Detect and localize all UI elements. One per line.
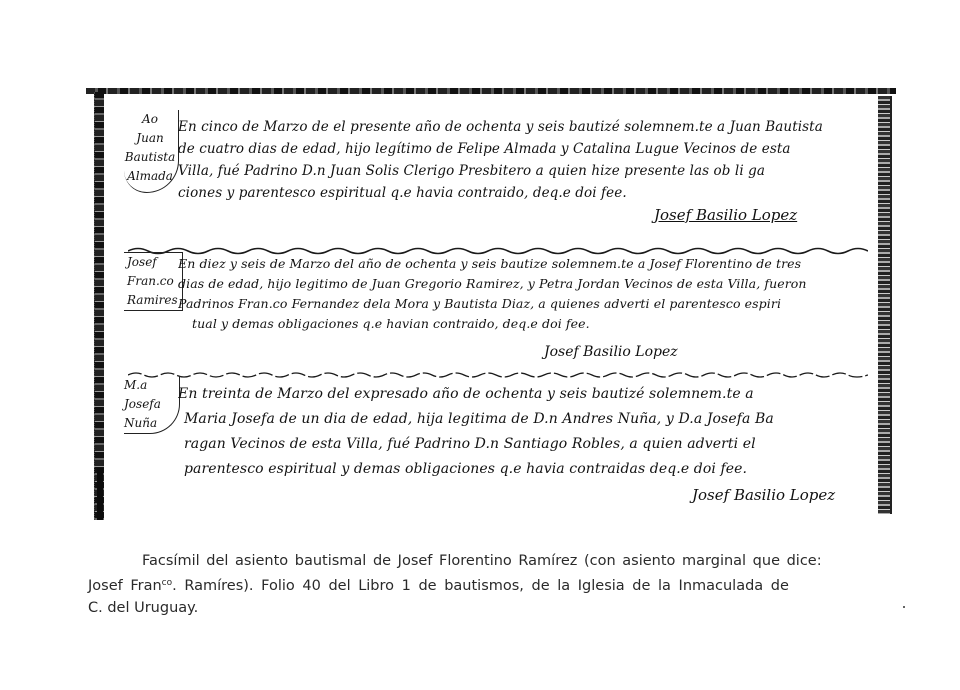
record-line: ciones y parentesco espiritual q.e havia…	[178, 182, 858, 204]
record-line: Padrinos Fran.co Fernandez dela Mora y B…	[178, 294, 858, 314]
margin-note-line: Juan	[124, 129, 176, 148]
caption-text: . Ramíres). Folio 40 del Libro 1 de baut…	[172, 578, 789, 594]
record-line: parentesco espiritual y demas obligacion…	[178, 457, 858, 482]
record-line: Villa, fué Padrino D.n Juan Solis Clerig…	[178, 160, 858, 182]
caption-line: Facsímil del asiento bautismal de Josef …	[88, 550, 918, 572]
page-left-binding-end	[97, 468, 103, 520]
margin-note-line: Almada	[124, 167, 176, 186]
record-entry-3: M.a Josefa Nuña En treinta de Marzo del …	[114, 370, 874, 520]
record-entry-1: Ao Juan Bautista Almada En cinco de Marz…	[114, 108, 874, 244]
page-left-binding	[94, 92, 104, 520]
record-text: En cinco de Marzo de el presente año de …	[178, 116, 858, 204]
record-line: de cuatro dias de edad, hijo legítimo de…	[178, 138, 858, 160]
margin-note-line: Josefa	[124, 395, 176, 414]
margin-note: Josef Fran.co Ramires	[124, 252, 183, 311]
margin-note: M.a Josefa Nuña	[124, 376, 180, 434]
margin-note-line: Bautista	[124, 148, 176, 167]
record-line: En cinco de Marzo de el presente año de …	[178, 116, 858, 138]
margin-note-line: Ao	[124, 110, 176, 129]
record-text: En treinta de Marzo del expresado año de…	[178, 382, 858, 482]
page-top-border	[86, 88, 896, 94]
record-line: ragan Vecinos de esta Villa, fué Padrino…	[178, 432, 858, 457]
priest-signature: Josef Basilio Lopez	[654, 206, 797, 224]
margin-note-line: M.a	[124, 376, 176, 395]
figure-caption: Facsímil del asiento bautismal de Josef …	[88, 550, 918, 619]
caption-line: Josef Franco. Ramíres). Folio 40 del Lib…	[88, 572, 918, 597]
scan-speck	[903, 606, 905, 608]
margin-note-line: Nuña	[124, 414, 176, 433]
margin-note: Ao Juan Bautista Almada	[124, 110, 179, 193]
record-line: Maria Josefa de un dia de edad, hija leg…	[178, 407, 858, 432]
priest-signature: Josef Basilio Lopez	[692, 486, 835, 504]
record-line: En diez y seis de Marzo del año de ochen…	[178, 254, 858, 274]
caption-text: Josef Fran	[88, 578, 162, 594]
margin-note-line: Fran.co	[127, 272, 179, 291]
record-entry-2: Josef Fran.co Ramires En diez y seis de …	[114, 236, 874, 376]
record-line: tual y demas obligaciones q.e havian con…	[178, 314, 858, 334]
record-line: dias de edad, hijo legitimo de Juan Greg…	[178, 274, 858, 294]
record-text: En diez y seis de Marzo del año de ochen…	[178, 254, 858, 334]
margin-note-line: Josef	[127, 253, 179, 272]
page-right-edge	[878, 96, 892, 514]
baptismal-record-facsimile: Ao Juan Bautista Almada En cinco de Marz…	[86, 88, 896, 520]
record-line: En treinta de Marzo del expresado año de…	[178, 382, 858, 407]
margin-note-line: Ramires	[127, 291, 179, 310]
caption-line: C. del Uruguay.	[88, 597, 918, 619]
priest-signature: Josef Basilio Lopez	[544, 344, 678, 360]
caption-superscript: co	[162, 578, 172, 588]
